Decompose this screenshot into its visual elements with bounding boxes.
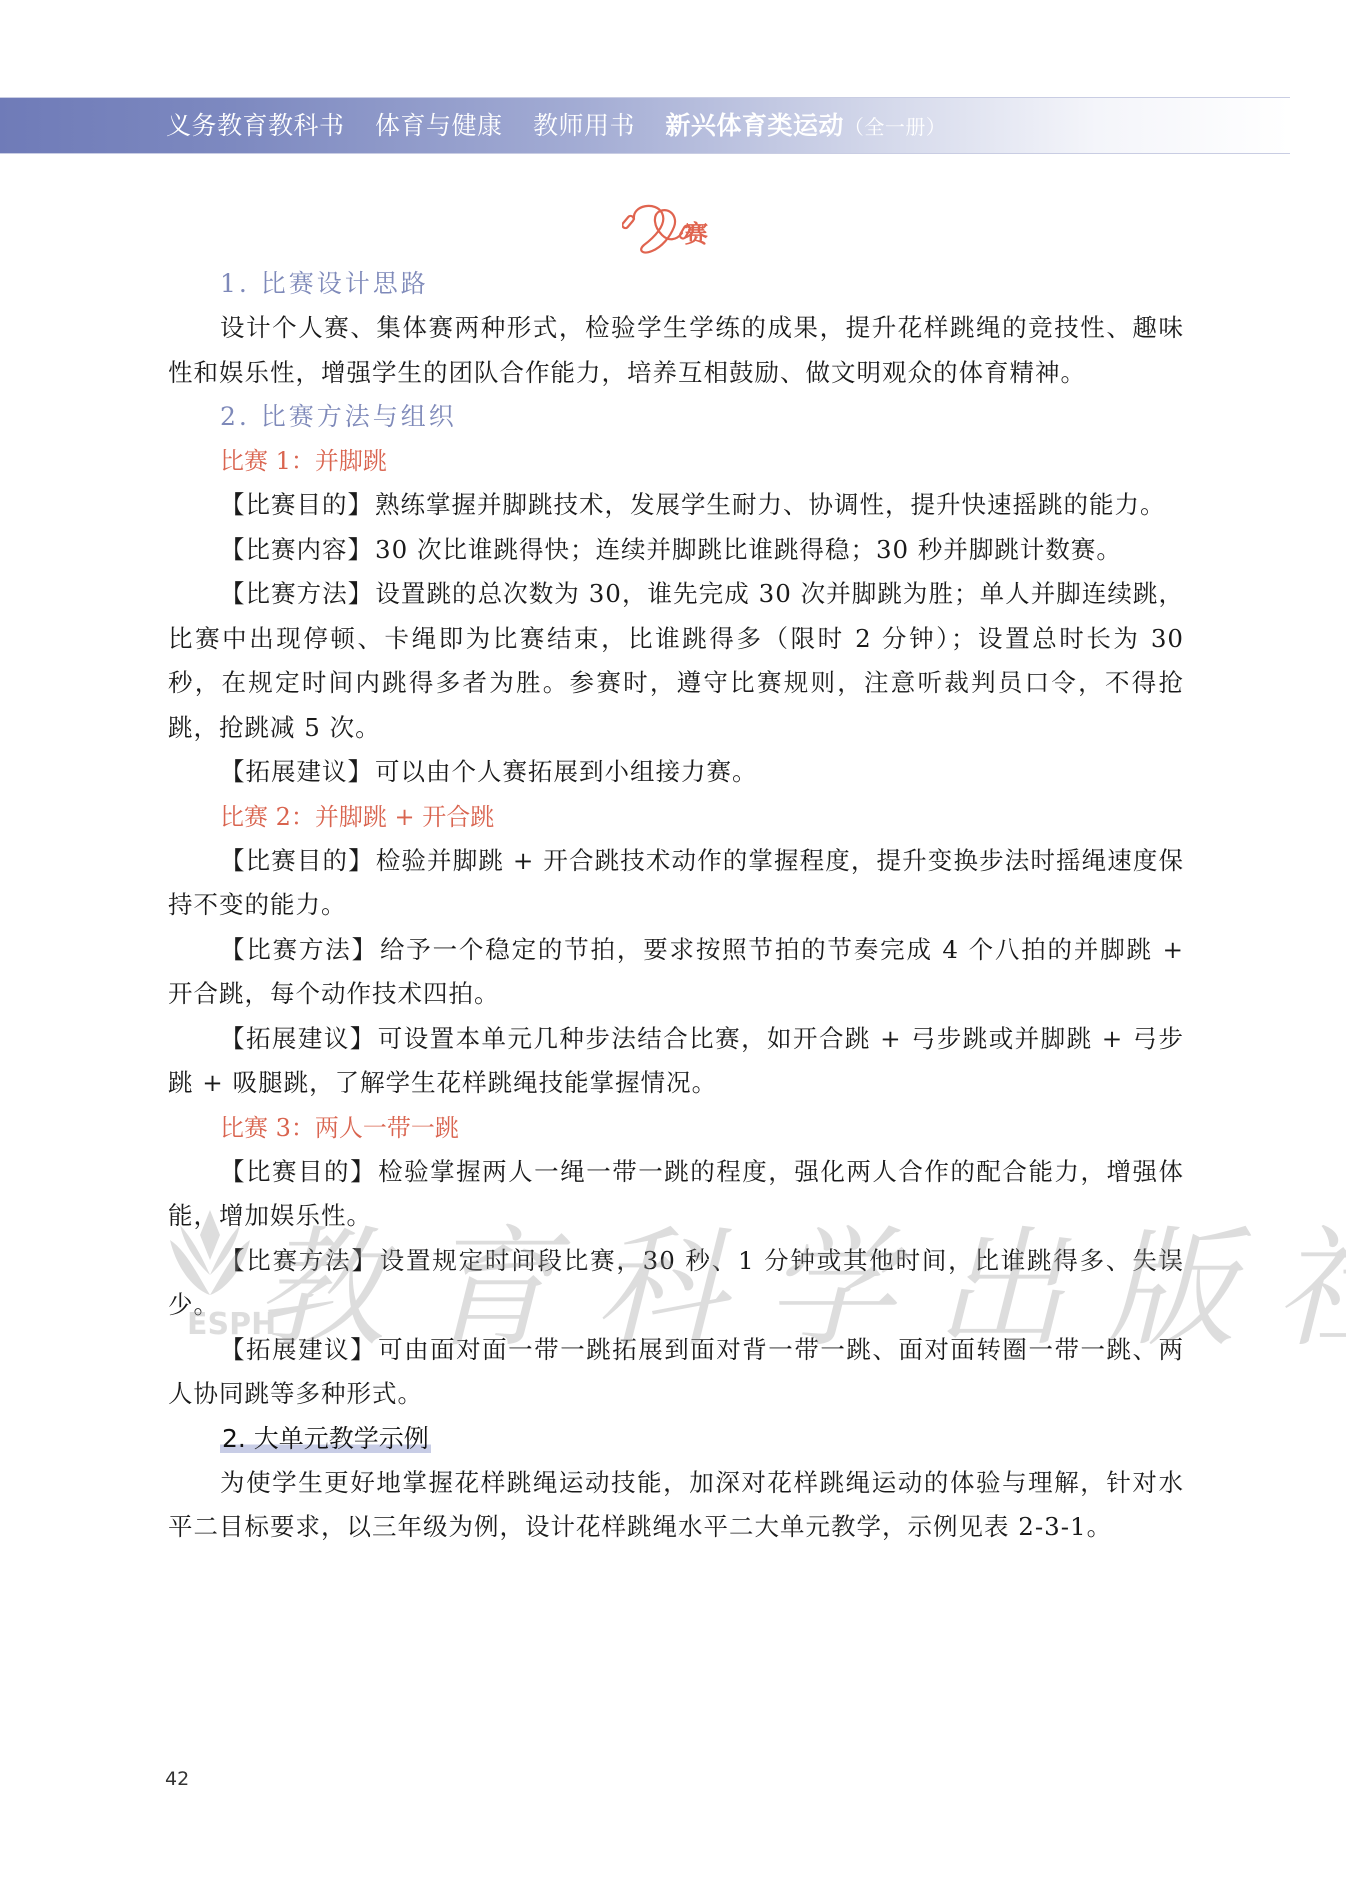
match3-title: 比赛 3：两人一带一跳: [168, 1106, 1184, 1150]
match2-extension: 【拓展建议】可设置本单元几种步法结合比赛，如开合跳 + 弓步跳或并脚跳 + 弓步…: [168, 1017, 1184, 1106]
match3-ext-tag: 【拓展建议】: [220, 1335, 376, 1364]
jump-rope-icon: [622, 197, 732, 257]
section-label: 赛: [684, 214, 708, 249]
match2-goal-tag: 【比赛目的】: [220, 846, 374, 875]
heading-method-organization: 2. 比赛方法与组织: [168, 395, 1184, 439]
header-volume-title: 新兴体育类运动: [665, 111, 844, 140]
heading-unit-example: 2. 大单元教学示例: [168, 1417, 1184, 1461]
match3-goal: 【比赛目的】检验掌握两人一绳一带一跳的程度，强化两人合作的配合能力，增强体能，增…: [168, 1150, 1184, 1239]
heading-design-idea: 1. 比赛设计思路: [168, 262, 1184, 306]
match1-title: 比赛 1：并脚跳: [168, 439, 1184, 483]
match1-ext-tag: 【拓展建议】: [220, 757, 373, 786]
heading-unit-example-text: 2. 大单元教学示例: [220, 1424, 431, 1453]
match2-method: 【比赛方法】给予一个稳定的节拍，要求按照节拍的节奏完成 4 个八拍的并脚跳 + …: [168, 928, 1184, 1017]
match1-content-tag: 【比赛内容】: [220, 535, 373, 564]
header-book-type: 教师用书: [533, 111, 635, 140]
match1-method-tag: 【比赛方法】: [220, 579, 373, 608]
match1-extension: 【拓展建议】可以由个人赛拓展到小组接力赛。: [168, 750, 1184, 795]
header-subject: 体育与健康: [375, 111, 503, 140]
running-header: 义务教育教科书 体育与健康 教师用书 新兴体育类运动（全一册）: [166, 106, 946, 142]
match2-goal: 【比赛目的】检验并脚跳 + 开合跳技术动作的掌握程度，提升变换步法时摇绳速度保持…: [168, 839, 1184, 928]
match1-goal-tag: 【比赛目的】: [220, 490, 373, 519]
match1-content: 【比赛内容】30 次比谁跳得快；连续并脚跳比谁跳得稳；30 秒并脚跳计数赛。: [168, 528, 1184, 573]
match1-goal-text: 熟练掌握并脚跳技术，发展学生耐力、协调性，提升快速摇跳的能力。: [375, 490, 1166, 519]
paragraph-unit-example: 为使学生更好地掌握花样跳绳运动技能，加深对花样跳绳运动的体验与理解，针对水平二目…: [168, 1461, 1184, 1550]
match1-method: 【比赛方法】设置跳的总次数为 30，谁先完成 30 次并脚跳为胜；单人并脚连续跳…: [168, 572, 1184, 750]
match1-goal: 【比赛目的】熟练掌握并脚跳技术，发展学生耐力、协调性，提升快速摇跳的能力。: [168, 483, 1184, 528]
match3-method: 【比赛方法】设置规定时间段比赛，30 秒、1 分钟或其他时间，比谁跳得多、失误少…: [168, 1239, 1184, 1328]
match1-content-text: 30 次比谁跳得快；连续并脚跳比谁跳得稳；30 秒并脚跳计数赛。: [375, 535, 1122, 564]
page-content: 1. 比赛设计思路 设计个人赛、集体赛两种形式，检验学生学练的成果，提升花样跳绳…: [168, 262, 1184, 1550]
paragraph-design-idea: 设计个人赛、集体赛两种形式，检验学生学练的成果，提升花样跳绳的竞技性、趣味性和娱…: [168, 306, 1184, 395]
match2-method-tag: 【比赛方法】: [220, 935, 378, 964]
page-number: 42: [165, 1768, 189, 1790]
match3-method-tag: 【比赛方法】: [220, 1246, 378, 1275]
match2-ext-tag: 【拓展建议】: [220, 1024, 376, 1053]
header-volume-note: （全一册）: [844, 115, 947, 139]
match3-extension: 【拓展建议】可由面对面一带一跳拓展到面对背一带一跳、面对面转圈一带一跳、两人协同…: [168, 1328, 1184, 1417]
match2-title: 比赛 2：并脚跳 + 开合跳: [168, 795, 1184, 839]
match3-goal-tag: 【比赛目的】: [220, 1157, 376, 1186]
match1-ext-text: 可以由个人赛拓展到小组接力赛。: [375, 757, 758, 786]
header-series: 义务教育教科书: [166, 111, 345, 140]
